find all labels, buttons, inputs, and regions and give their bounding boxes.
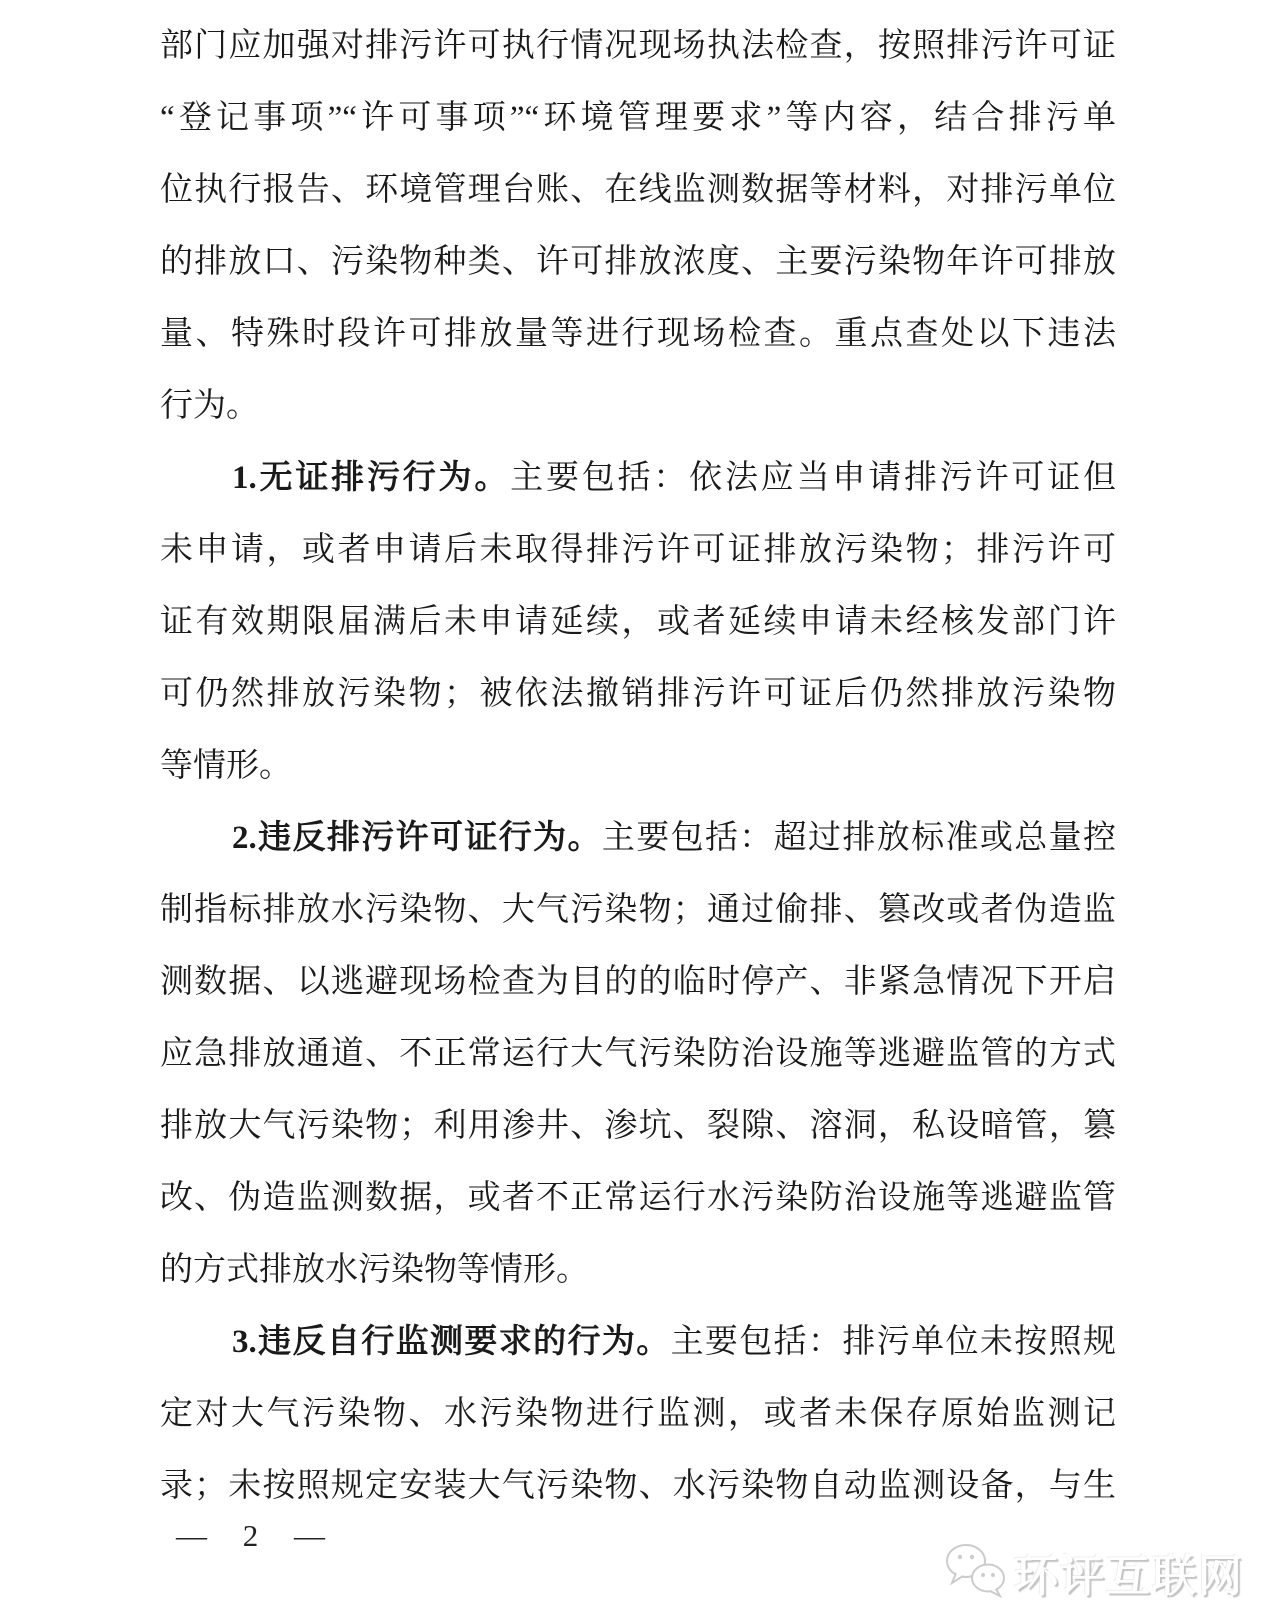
heading-bold-text: 1.无证排污行为。 (232, 460, 510, 496)
line-text: 定对大气污染物、水污染物进行监测，或者未保存原始监测记 (160, 1396, 1116, 1432)
line-text: 排放大气污染物；利用渗井、渗坑、裂隙、溶洞，私设暗管，篡 (160, 1108, 1116, 1144)
line-text: 行为。 (160, 388, 259, 424)
page-number: — 2 — (176, 1518, 339, 1553)
text-line: 未申请，或者申请后未取得排污许可证排放污染物；排污许可 (160, 514, 1116, 586)
text-line: 应急排放通道、不正常运行大气污染防治设施等逃避监管的方式 (160, 1018, 1116, 1090)
text-line: 位执行报告、环境管理台账、在线监测数据等材料，对排污单位 (160, 154, 1116, 226)
line-text: 主要包括：超过排放标准或总量控 (602, 820, 1116, 856)
text-line: 测数据、以逃避现场检查为目的的临时停产、非紧急情况下开启 (160, 946, 1116, 1018)
text-line: 等情形。 (160, 730, 1116, 802)
text-line: 行为。 (160, 370, 1116, 442)
line-text: 改、伪造监测数据，或者不正常运行水污染防治设施等逃避监管 (160, 1180, 1116, 1216)
line-text: 等情形。 (160, 748, 292, 784)
line-text: 的方式排放水污染物等情形。 (160, 1252, 589, 1288)
text-line: “登记事项”“许可事项”“环境管理要求”等内容，结合排污单 (160, 82, 1116, 154)
watermark-label: 环评互联网 (1014, 1540, 1244, 1604)
heading-bold-text: 3.违反自行监测要求的行为。 (232, 1324, 671, 1360)
line-text: 制指标排放水污染物、大气污染物；通过偷排、篡改或者伪造监 (160, 892, 1116, 928)
text-line: 定对大气污染物、水污染物进行监测，或者未保存原始监测记 (160, 1378, 1116, 1450)
text-line: 量、特殊时段许可排放量等进行现场检查。重点查处以下违法 (160, 298, 1116, 370)
text-line: 制指标排放水污染物、大气污染物；通过偷排、篡改或者伪造监 (160, 874, 1116, 946)
document-body: 部门应加强对排污许可执行情况现场执法检查，按照排污许可证 “登记事项”“许可事项… (160, 10, 1116, 1522)
line-text: 录；未按照规定安装大气污染物、水污染物自动监测设备，与生 (160, 1468, 1116, 1504)
line-text: 未申请，或者申请后未取得排污许可证排放污染物；排污许可 (160, 532, 1116, 568)
line-text: 量、特殊时段许可排放量等进行现场检查。重点查处以下违法 (160, 316, 1116, 352)
line-text: 的排放口、污染物种类、许可排放浓度、主要污染物年许可排放 (160, 244, 1116, 280)
heading-bold-text: 2.违反排污许可证行为。 (232, 820, 602, 856)
text-line: 部门应加强对排污许可执行情况现场执法检查，按照排污许可证 (160, 10, 1116, 82)
line-text: 测数据、以逃避现场检查为目的的临时停产、非紧急情况下开启 (160, 964, 1116, 1000)
line-text: 主要包括：排污单位未按照规 (671, 1324, 1116, 1360)
text-line-heading-2: 2.违反排污许可证行为。主要包括：超过排放标准或总量控 (160, 802, 1116, 874)
line-text: 部门应加强对排污许可执行情况现场执法检查，按照排污许可证 (160, 28, 1116, 64)
text-line: 证有效期限届满后未申请延续，或者延续申请未经核发部门许 (160, 586, 1116, 658)
watermark: 环评互联网 (944, 1540, 1244, 1604)
line-text: 应急排放通道、不正常运行大气污染防治设施等逃避监管的方式 (160, 1036, 1116, 1072)
page-footer: — 2 — (176, 1512, 339, 1560)
text-line: 改、伪造监测数据，或者不正常运行水污染防治设施等逃避监管 (160, 1162, 1116, 1234)
text-line: 的方式排放水污染物等情形。 (160, 1234, 1116, 1306)
wechat-icon (944, 1542, 1008, 1603)
text-line: 排放大气污染物；利用渗井、渗坑、裂隙、溶洞，私设暗管，篡 (160, 1090, 1116, 1162)
line-text: 可仍然排放污染物；被依法撤销排污许可证后仍然排放污染物 (160, 676, 1116, 712)
text-line-heading-1: 1.无证排污行为。主要包括：依法应当申请排污许可证但 (160, 442, 1116, 514)
line-text: 位执行报告、环境管理台账、在线监测数据等材料，对排污单位 (160, 172, 1116, 208)
text-line-heading-3: 3.违反自行监测要求的行为。主要包括：排污单位未按照规 (160, 1306, 1116, 1378)
text-line: 的排放口、污染物种类、许可排放浓度、主要污染物年许可排放 (160, 226, 1116, 298)
text-line: 可仍然排放污染物；被依法撤销排污许可证后仍然排放污染物 (160, 658, 1116, 730)
line-text: 主要包括：依法应当申请排污许可证但 (510, 460, 1116, 496)
document-page: 部门应加强对排污许可执行情况现场执法检查，按照排污许可证 “登记事项”“许可事项… (0, 0, 1280, 1615)
line-text: “登记事项”“许可事项”“环境管理要求”等内容，结合排污单 (160, 100, 1116, 136)
line-text: 证有效期限届满后未申请延续，或者延续申请未经核发部门许 (160, 604, 1116, 640)
